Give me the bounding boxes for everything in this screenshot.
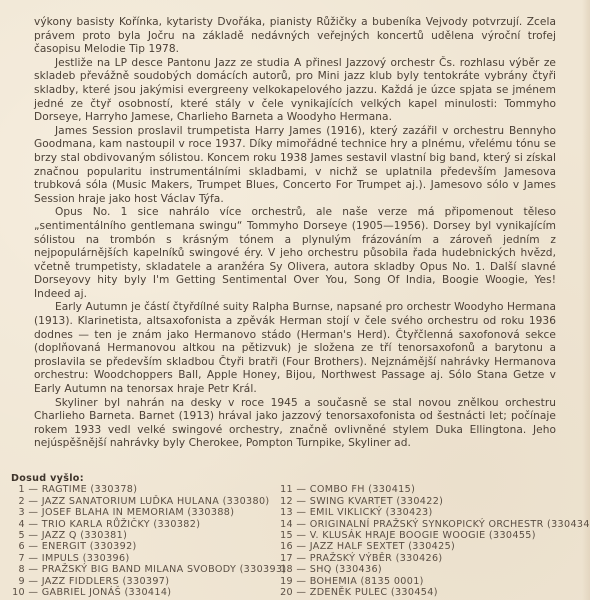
- released-list-left: 1 — RAGTIME (330378)2 — JAZZ SANATORIUM …: [10, 484, 280, 598]
- item-number: 9: [10, 576, 25, 587]
- released-list-item: 20 — ZDENĚK PULEC (330454): [279, 587, 579, 598]
- item-separator: —: [28, 530, 38, 541]
- item-title: V. KLUSÁK HRAJE BOOGIE WOOGIE: [310, 530, 486, 541]
- item-title: ORIGINALNÍ PRAŽSKÝ SYNKOPICKÝ ORCHESTR: [310, 519, 544, 530]
- paragraph-james-session: James Session proslavil trumpetista Harr…: [34, 125, 556, 207]
- item-title: COMBO FH: [310, 484, 365, 495]
- paragraph-lp-overview: Jestliže na LP desce Pantonu Jazz ze stu…: [34, 57, 556, 125]
- released-list-item: 13 — EMIL VIKLICKÝ (330423): [279, 507, 579, 518]
- item-separator: —: [28, 541, 38, 552]
- item-catalog-number: (330388): [187, 507, 234, 518]
- item-title: IMPULS: [42, 553, 79, 564]
- item-catalog-number: (330397): [122, 576, 169, 587]
- item-title: JOSEF BLAHA IN MEMORIAM: [42, 507, 184, 518]
- item-separator: —: [296, 576, 306, 587]
- item-catalog-number: (330454): [391, 587, 438, 598]
- released-list-item: 4 — TRIO KARLA RŮŽIČKY (330382): [10, 519, 280, 530]
- item-separator: —: [28, 507, 38, 518]
- paragraph-intro-ending: výkony basisty Kořínka, kytaristy Dvořák…: [34, 16, 556, 57]
- item-separator: —: [296, 587, 306, 598]
- item-separator: —: [296, 484, 306, 495]
- released-list-item: 3 — JOSEF BLAHA IN MEMORIAM (330388): [10, 507, 280, 518]
- item-catalog-number: (330382): [153, 519, 200, 530]
- item-number: 20: [279, 587, 293, 598]
- released-list-item: 7 — IMPULS (330396): [10, 553, 280, 564]
- item-title: JAZZ FIDDLERS: [42, 576, 119, 587]
- item-separator: —: [28, 496, 38, 507]
- item-title: GABRIEL JONÁŠ: [42, 587, 121, 598]
- item-number: 3: [10, 507, 25, 518]
- released-list-item: 11 — COMBO FH (330415): [279, 484, 579, 495]
- item-title: ENERGIT: [42, 541, 87, 552]
- item-number: 13: [279, 507, 293, 518]
- item-number: 6: [10, 541, 25, 552]
- item-catalog-number: (330392): [90, 541, 137, 552]
- item-separator: —: [296, 553, 306, 564]
- item-catalog-number: (330423): [386, 507, 433, 518]
- released-list-item: 16 — JAZZ HALF SEXTET (330425): [279, 541, 579, 552]
- item-separator: —: [296, 564, 306, 575]
- item-separator: —: [296, 530, 306, 541]
- item-number: 5: [10, 530, 25, 541]
- item-catalog-number: (330455): [489, 530, 536, 541]
- released-list-columns: 1 — RAGTIME (330378)2 — JAZZ SANATORIUM …: [10, 484, 580, 598]
- item-number: 7: [10, 553, 25, 564]
- item-catalog-number: (330396): [83, 553, 130, 564]
- page-edge-shadow: [582, 0, 590, 600]
- paragraph-early-autumn: Early Autumn je částí čtyřdílné suity Ra…: [34, 301, 556, 396]
- item-separator: —: [296, 507, 306, 518]
- item-separator: —: [296, 541, 306, 552]
- item-title: EMIL VIKLICKÝ: [310, 507, 382, 518]
- item-catalog-number: (330380): [223, 496, 270, 507]
- item-number: 10: [10, 587, 25, 598]
- item-catalog-number: (8135 0001): [361, 576, 424, 587]
- liner-notes-page: výkony basisty Kořínka, kytaristy Dvořák…: [0, 0, 590, 600]
- released-list-item: 17 — PRAŽSKÝ VÝBĚR (330426): [279, 553, 579, 564]
- item-title: RAGTIME: [42, 484, 87, 495]
- item-catalog-number: (330378): [90, 484, 137, 495]
- item-title: SWING KVARTET: [310, 496, 393, 507]
- released-list-item: 6 — ENERGIT (330392): [10, 541, 280, 552]
- item-separator: —: [28, 564, 38, 575]
- item-catalog-number: (330425): [408, 541, 455, 552]
- item-separator: —: [28, 553, 38, 564]
- released-list-item: 8 — PRAŽSKÝ BIG BAND MILANA SVOBODY (330…: [10, 564, 280, 575]
- released-list-item: 10 — GABRIEL JONÁŠ (330414): [10, 587, 280, 598]
- item-separator: —: [28, 484, 38, 495]
- item-title: JAZZ HALF SEXTET: [310, 541, 405, 552]
- item-title: PRAŽSKÝ VÝBĚR: [310, 553, 392, 564]
- item-title: JAZZ Q: [42, 530, 77, 541]
- item-number: 12: [279, 496, 293, 507]
- item-title: JAZZ SANATORIUM LUĎKA HULANA: [42, 496, 219, 507]
- released-list-item: 19 — BOHEMIA (8135 0001): [279, 576, 579, 587]
- item-title: TRIO KARLA RŮŽIČKY: [42, 519, 150, 530]
- released-list-item: 9 — JAZZ FIDDLERS (330397): [10, 576, 280, 587]
- released-list-item: 12 — SWING KVARTET (330422): [279, 496, 579, 507]
- item-catalog-number: (330415): [368, 484, 415, 495]
- article-body: výkony basisty Kořínka, kytaristy Dvořák…: [34, 16, 556, 451]
- item-number: 8: [10, 564, 25, 575]
- item-number: 14: [279, 519, 293, 530]
- released-list-heading: Dosud vyšlo:: [11, 473, 580, 484]
- item-separator: —: [28, 519, 38, 530]
- item-separator: —: [296, 496, 306, 507]
- item-number: 2: [10, 496, 25, 507]
- item-title: ZDENĚK PULEC: [310, 587, 388, 598]
- released-list-item: 1 — RAGTIME (330378): [10, 484, 280, 495]
- item-catalog-number: (330426): [396, 553, 443, 564]
- released-list-right: 11 — COMBO FH (330415)12 — SWING KVARTET…: [279, 484, 579, 598]
- item-title: BOHEMIA: [310, 576, 357, 587]
- item-number: 17: [279, 553, 293, 564]
- item-number: 1: [10, 484, 25, 495]
- released-list-item: 2 — JAZZ SANATORIUM LUĎKA HULANA (330380…: [10, 496, 280, 507]
- paragraph-opus-no-1: Opus No. 1 sice nahrálo více orchestrů, …: [34, 206, 556, 301]
- item-number: 11: [279, 484, 293, 495]
- item-catalog-number: (330436): [335, 564, 382, 575]
- item-number: 15: [279, 530, 293, 541]
- paragraph-skyliner: Skyliner byl nahrán na desky v roce 1945…: [34, 397, 556, 451]
- released-list-item: 5 — JAZZ Q (330381): [10, 530, 280, 541]
- released-list-item: 14 — ORIGINALNÍ PRAŽSKÝ SYNKOPICKÝ ORCHE…: [279, 519, 579, 530]
- item-separator: —: [28, 587, 38, 598]
- item-catalog-number: (330422): [396, 496, 443, 507]
- released-list-section: Dosud vyšlo: 1 — RAGTIME (330378)2 — JAZ…: [10, 473, 580, 598]
- item-catalog-number: (330414): [124, 587, 171, 598]
- item-number: 4: [10, 519, 25, 530]
- item-number: 19: [279, 576, 293, 587]
- released-list-item: 15 — V. KLUSÁK HRAJE BOOGIE WOOGIE (3304…: [279, 530, 579, 541]
- item-number: 18: [279, 564, 293, 575]
- item-title: SHQ: [310, 564, 332, 575]
- item-number: 16: [279, 541, 293, 552]
- item-separator: —: [296, 519, 306, 530]
- item-title: PRAŽSKÝ BIG BAND MILANA SVOBODY: [42, 564, 236, 575]
- item-separator: —: [28, 576, 38, 587]
- item-catalog-number: (330434): [547, 519, 590, 530]
- released-list-item: 18 — SHQ (330436): [279, 564, 579, 575]
- item-catalog-number: (330381): [80, 530, 127, 541]
